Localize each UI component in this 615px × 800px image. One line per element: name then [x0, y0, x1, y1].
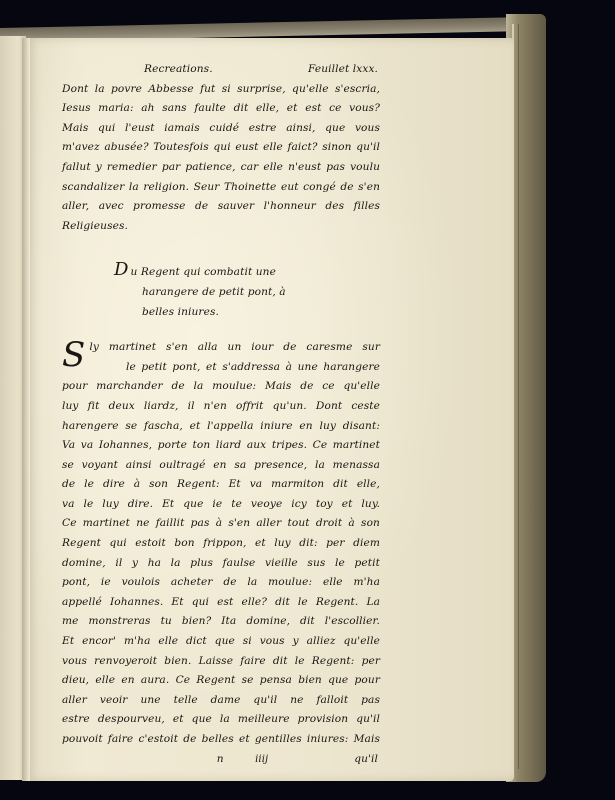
text-line: scandalizer la religion. Seur Thoinette … — [62, 178, 380, 198]
text-line: harengere se fascha, et l'appella iniure… — [62, 417, 380, 437]
running-title: Recreations. — [144, 60, 213, 80]
text-line: estre despourveu, et que la meilleure pr… — [62, 710, 380, 730]
text-line: luy fit deux liardz, il n'en offrit qu'u… — [62, 397, 380, 417]
signature-letter: n — [217, 753, 224, 765]
text-line: aller veoir une telle dame qu'il ne fall… — [62, 691, 380, 711]
text-line: pour marchander de la moulue: Mais de ce… — [62, 377, 380, 397]
heading-line: belles iniures. — [114, 303, 354, 323]
folio-number: Feuillet lxxx. — [308, 60, 378, 80]
gutter-shadow — [22, 38, 30, 781]
heading-line: u Regent qui combatit une — [131, 266, 276, 278]
text-line: fallut y remedier par patience, car elle… — [62, 158, 380, 178]
text-line: ly martinet s'en alla un iour de caresme… — [62, 338, 380, 358]
text-line: va le luy dire. Et que ie te veoye icy t… — [62, 495, 380, 515]
text-line: domine, il y ha la plus faulse vieille s… — [62, 554, 380, 574]
text-line: Va va Iohannes, porte ton liard aux trip… — [62, 436, 380, 456]
text-line: appellé Iohannes. Et qui est elle? dit l… — [62, 593, 380, 613]
catchword: qu'il — [354, 750, 378, 770]
text-line: pont, ie voulois acheter de la moulue: e… — [62, 573, 380, 593]
heading-line: harangere de petit pont, à — [114, 283, 354, 303]
recto-page: Recreations. Feuillet lxxx. Dont la povr… — [26, 38, 514, 781]
text-block: Recreations. Feuillet lxxx. Dont la povr… — [62, 60, 380, 769]
text-line: pouvoit faire c'estoit de belles et gent… — [62, 730, 380, 750]
catchline: n iiij qu'il — [62, 750, 380, 770]
paragraph-2: S ly martinet s'en alla un iour de cares… — [62, 338, 380, 749]
text-line: dieu, elle en aura. Ce Regent se pensa b… — [62, 671, 380, 691]
text-line: se voyant ainsi oultragé en sa presence,… — [62, 456, 380, 476]
text-line: Religieuses. — [62, 217, 380, 237]
text-line: Dont la povre Abbesse fut si surprise, q… — [62, 80, 380, 100]
heading-initial: D — [114, 259, 129, 280]
signature-number: iiij — [255, 754, 268, 765]
text-line: me monstreras tu bien? Ita domine, dit l… — [62, 612, 380, 632]
text-line: Regent qui estoit bon frippon, et luy di… — [62, 534, 380, 554]
text-line: Mais qui l'eust iamais cuidé estre ainsi… — [62, 119, 380, 139]
section-heading: Du Regent qui combatit une harangere de … — [62, 260, 354, 322]
text-line: m'avez abusée? Toutesfois qui eust elle … — [62, 138, 380, 158]
running-head: Recreations. Feuillet lxxx. — [62, 60, 380, 80]
text-line: Ce martinet ne faillit pas à s'en aller … — [62, 514, 380, 534]
text-line: de le dire à son Regent: Et va marmiton … — [62, 475, 380, 495]
paragraph-1: Dont la povre Abbesse fut si surprise, q… — [62, 80, 380, 237]
text-line: aller, avec promesse de sauver l'honneur… — [62, 197, 380, 217]
drop-cap-initial: S — [62, 340, 85, 370]
book-scan: Recreations. Feuillet lxxx. Dont la povr… — [0, 0, 615, 800]
text-line: le petit pont, et s'addressa à une haran… — [62, 358, 380, 378]
text-line: Iesus maria: ah sans faulte dit elle, et… — [62, 99, 380, 119]
signature-mark: n iiij — [217, 750, 299, 770]
text-line: vous renvoyeroit bien. Laisse faire dit … — [62, 652, 380, 672]
text-line: Et encor' m'ha elle dict que si vous y a… — [62, 632, 380, 652]
